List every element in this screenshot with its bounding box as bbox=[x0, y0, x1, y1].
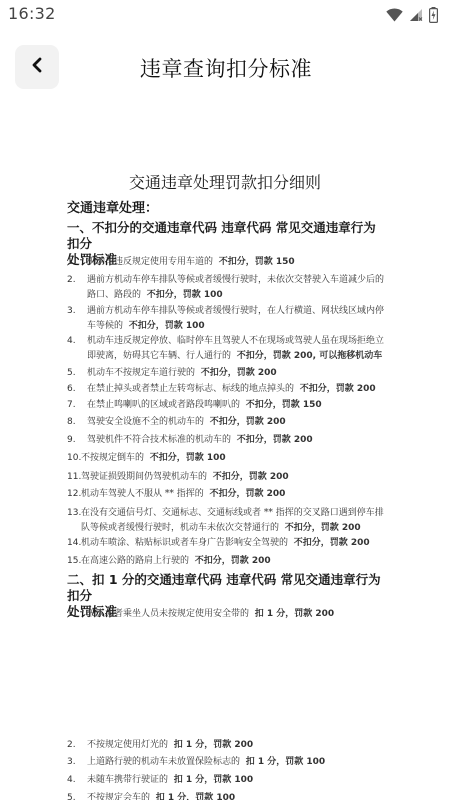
item-number: 14. bbox=[67, 536, 81, 551]
section-heading-line: 一、不扣分的交通违章代码 违章代码 常见交通违章行为 扣分 bbox=[67, 220, 387, 252]
item-penalty: 不扣分，罚款 200 bbox=[201, 368, 277, 378]
list-item: 4. 机动车违反规定停放、临时停车且驾驶人不在现场或驾驶人虽在现场拒绝立即驶离，… bbox=[67, 334, 387, 364]
list-item: 3. 上道路行驶的机动车未放置保险标志的 扣 1 分，罚款 100 bbox=[67, 755, 387, 770]
item-number: 8. bbox=[67, 415, 76, 430]
item-text: 机动车不按规定车道行驶的 bbox=[87, 368, 195, 378]
item-penalty: 不扣分，罚款 200 bbox=[209, 489, 285, 499]
list-item: 2. 遇前方机动车停车排队等候或者缓慢行驶时，未依次交替驶入车道减少后的路口、路… bbox=[67, 273, 387, 303]
item-text: 机动车违反规定使用专用车道的 bbox=[87, 257, 213, 267]
item-number: 6. bbox=[67, 382, 76, 397]
item-number: 3. bbox=[67, 755, 76, 770]
list-item: 5. 机动车不按规定车道行驶的 不扣分，罚款 200 bbox=[67, 366, 387, 381]
section-heading-line: 二、扣 1 分的交通违章代码 违章代码 常见交通违章行为 扣分 bbox=[67, 572, 387, 604]
item-penalty: 不扣分，罚款 200 bbox=[300, 384, 376, 394]
item-number: 5. bbox=[67, 366, 76, 381]
item-penalty: 不扣分，罚款 200 bbox=[195, 556, 271, 566]
list-item: 4. 未随车携带行驶证的 扣 1 分，罚款 100 bbox=[67, 773, 387, 788]
item-number: 2. bbox=[67, 273, 76, 288]
list-item: 15. 在高速公路的路肩上行驶的 不扣分，罚款 200 bbox=[67, 554, 387, 569]
item-penalty: 扣 1 分，罚款 100 bbox=[174, 775, 253, 785]
item-text: 在高速公路的路肩上行驶的 bbox=[81, 556, 189, 566]
list-item: 10. 不按规定倒车的 不扣分，罚款 100 bbox=[67, 451, 387, 466]
item-number: 13. bbox=[67, 506, 81, 521]
item-text: 驶人或者乘坐人员未按规定使用安全带的 bbox=[87, 609, 249, 619]
list-item: 7. 在禁止鸣喇叭的区域或者路段鸣喇叭的 不扣分，罚款 150 bbox=[67, 398, 387, 413]
item-text: 驾驶证损毁期间仍驾驶机动车的 bbox=[81, 472, 207, 482]
item-penalty: 不扣分，罚款 200, 可以拖移机动车 bbox=[237, 351, 382, 361]
item-text: 未随车携带行驶证的 bbox=[87, 775, 168, 785]
item-number: 1. bbox=[67, 255, 76, 270]
item-text: 驾驶机件不符合技术标准的机动车的 bbox=[87, 435, 231, 445]
item-penalty: 扣 1 分，罚款 100 bbox=[246, 757, 325, 767]
item-number: 11. bbox=[67, 470, 81, 485]
list-item: 1. 驶人或者乘坐人员未按规定使用安全带的 扣 1 分，罚款 200 bbox=[67, 607, 387, 622]
item-text: 机动车驾驶人不服从 ** 指挥的 bbox=[81, 489, 204, 499]
item-number: 10. bbox=[67, 451, 81, 466]
document-title: 交通违章处理罚款扣分细则 bbox=[0, 170, 450, 193]
item-penalty: 不扣分，罚款 150 bbox=[219, 257, 295, 267]
item-text: 不按规定倒车的 bbox=[81, 453, 144, 463]
item-text: 不按规定使用灯光的 bbox=[87, 740, 168, 750]
list-item: 11. 驾驶证损毁期间仍驾驶机动车的 不扣分，罚款 200 bbox=[67, 470, 387, 485]
item-text: 在禁止鸣喇叭的区域或者路段鸣喇叭的 bbox=[87, 400, 240, 410]
item-number: 3. bbox=[67, 304, 76, 319]
item-penalty: 不扣分，罚款 100 bbox=[147, 290, 223, 300]
list-item: 1. 机动车违反规定使用专用车道的 不扣分，罚款 150 bbox=[67, 255, 387, 270]
item-text: 驾驶安全设施不全的机动车的 bbox=[87, 417, 204, 427]
list-item: 14. 机动车喷涂、粘贴标识或者车身广告影响安全驾驶的 不扣分，罚款 200 bbox=[67, 536, 387, 551]
list-item: 2. 不按规定使用灯光的 扣 1 分，罚款 200 bbox=[67, 738, 387, 753]
item-penalty: 扣 1 分，罚款 200 bbox=[255, 609, 334, 619]
item-text: 遇前方机动车停车排队等候或者缓慢行驶时，未依次交替驶入车道减少后的路口、路段的 bbox=[87, 275, 384, 300]
list-item: 12. 机动车驾驶人不服从 ** 指挥的 不扣分，罚款 200 bbox=[67, 487, 387, 502]
item-penalty: 不扣分，罚款 200 bbox=[210, 417, 286, 427]
item-penalty: 不扣分，罚款 200 bbox=[237, 435, 313, 445]
item-number: 2. bbox=[67, 738, 76, 753]
item-penalty: 不扣分，罚款 100 bbox=[129, 321, 205, 331]
item-number: 4. bbox=[67, 773, 76, 788]
item-penalty: 不扣分，罚款 200 bbox=[294, 538, 370, 548]
document-view[interactable]: 交通违章处理罚款扣分细则 交通违章处理： 一、不扣分的交通违章代码 违章代码 常… bbox=[0, 0, 450, 800]
item-number: 15. bbox=[67, 554, 81, 569]
item-text: 机动车喷涂、粘贴标识或者车身广告影响安全驾驶的 bbox=[81, 538, 288, 548]
item-text: 在禁止掉头或者禁止左转弯标志、标线的地点掉头的 bbox=[87, 384, 294, 394]
item-penalty: 不扣分，罚款 100 bbox=[150, 453, 226, 463]
item-penalty: 不扣分，罚款 200 bbox=[213, 472, 289, 482]
item-number: 7. bbox=[67, 398, 76, 413]
list-item: 8. 驾驶安全设施不全的机动车的 不扣分，罚款 200 bbox=[67, 415, 387, 430]
item-number: 12. bbox=[67, 487, 81, 502]
item-number: 1. bbox=[67, 607, 76, 622]
list-item: 3. 遇前方机动车停车排队等候或者缓慢行驶时，在人行横道、网状线区域内停车等候的… bbox=[67, 304, 387, 334]
item-text: 不按规定会车的 bbox=[87, 793, 150, 800]
item-text: 上道路行驶的机动车未放置保险标志的 bbox=[87, 757, 240, 767]
item-penalty: 扣 1 分，罚款 200 bbox=[174, 740, 253, 750]
item-penalty: 不扣分，罚款 150 bbox=[246, 400, 322, 410]
item-number: 9. bbox=[67, 433, 76, 448]
list-item: 9. 驾驶机件不符合技术标准的机动车的 不扣分，罚款 200 bbox=[67, 433, 387, 448]
document-subtitle: 交通违章处理： bbox=[67, 197, 158, 216]
list-item: 5. 不按规定会车的 扣 1 分，罚款 100 bbox=[67, 791, 387, 800]
item-penalty: 扣 1 分，罚款 100 bbox=[156, 793, 235, 800]
list-item: 6. 在禁止掉头或者禁止左转弯标志、标线的地点掉头的 不扣分，罚款 200 bbox=[67, 382, 387, 397]
item-number: 5. bbox=[67, 791, 76, 800]
list-item: 13. 在没有交通信号灯、交通标志、交通标线或者 ** 指挥的交叉路口遇到停车排… bbox=[67, 506, 387, 536]
item-number: 4. bbox=[67, 334, 76, 349]
item-penalty: 不扣分，罚款 200 bbox=[285, 523, 361, 533]
